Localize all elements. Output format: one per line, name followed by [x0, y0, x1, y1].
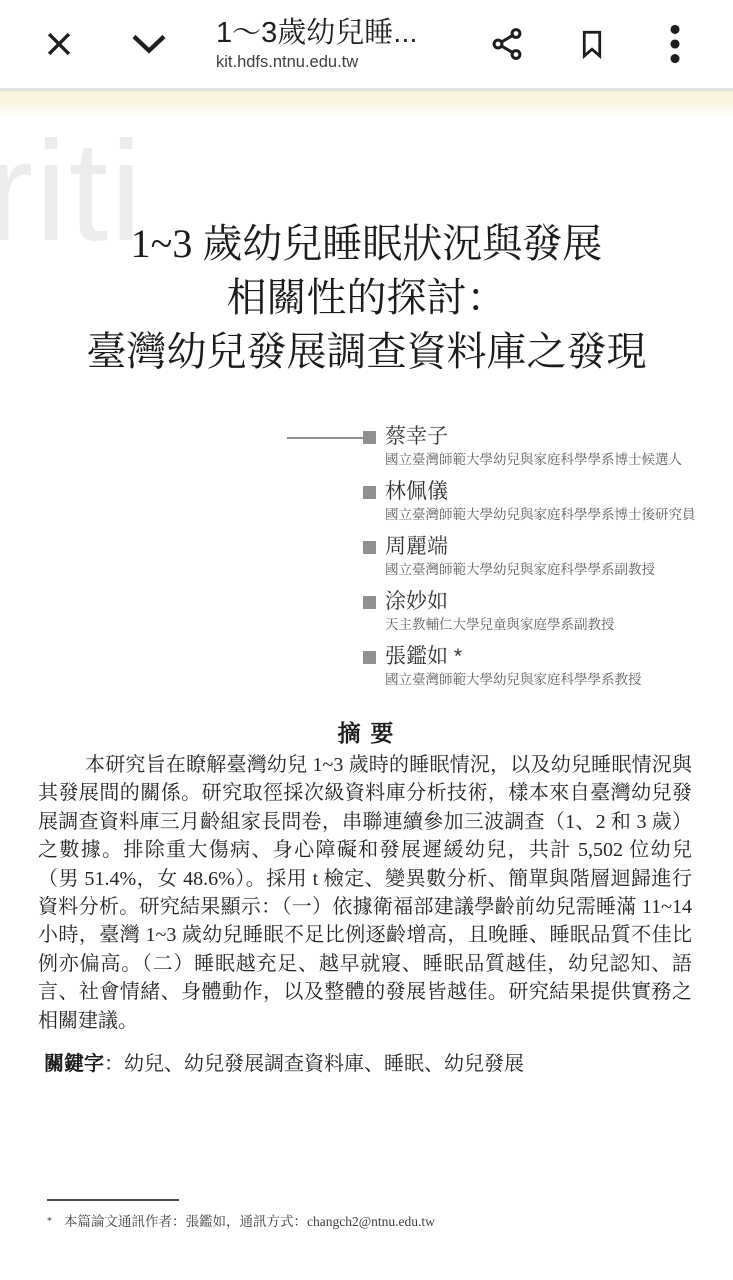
footnote-marker: * — [47, 1216, 52, 1227]
author-name: 周麗端 — [385, 534, 448, 560]
footnote-text: 本篇論文通訊作者：張鑑如，通訊方式：changch2@ntnu.edu.tw — [64, 1214, 435, 1229]
pdf-document-page: riti 1~3 歲幼兒睡眠狀況與發展 相關性的探討： 臺灣幼兒發展調查資料庫之… — [0, 119, 733, 1280]
close-button[interactable] — [38, 23, 80, 65]
author-affiliation: 國立臺灣師範大學幼兒與家庭科學學系博士候選人 — [385, 452, 723, 468]
keywords-text: ：幼兒、幼兒發展調查資料庫、睡眠、幼兒發展 — [104, 1053, 524, 1075]
author-lead-line — [287, 437, 364, 439]
paper-title-line-3: 臺灣幼兒發展調查資料庫之發現 — [0, 325, 733, 379]
author-bullet-icon — [363, 596, 376, 609]
overflow-menu-icon — [669, 24, 681, 64]
author-bullet-icon — [363, 541, 376, 554]
author-affiliation: 國立臺灣師範大學幼兒與家庭科學學系教授 — [385, 672, 723, 688]
paper-title-line-1: 1~3 歲幼兒睡眠狀況與發展 — [0, 217, 733, 271]
bookmark-button[interactable] — [571, 22, 613, 66]
browser-bar: 1～3歲幼兒睡... kit.hdfs.ntnu.edu.tw — [0, 0, 733, 88]
expand-button[interactable] — [126, 23, 172, 65]
page-title-block: 1～3歲幼兒睡... kit.hdfs.ntnu.edu.tw — [216, 16, 428, 73]
author-affiliation: 天主教輔仁大學兒童與家庭學系副教授 — [385, 617, 723, 633]
bookmark-icon — [576, 25, 608, 63]
author-entry: 張鑑如 * 國立臺灣師範大學幼兒與家庭科學學系教授 — [363, 644, 723, 688]
author-entry: 林佩儀 國立臺灣師範大學幼兒與家庭科學學系博士後研究員 — [363, 479, 723, 523]
author-name: 涂妙如 — [385, 589, 448, 615]
author-list: 蔡幸子 國立臺灣師範大學幼兒與家庭科學學系博士候選人 林佩儀 國立臺灣師範大學幼… — [363, 424, 723, 699]
footnote: *本篇論文通訊作者：張鑑如，通訊方式：changch2@ntnu.edu.tw — [47, 1213, 687, 1231]
author-name: 張鑑如 * — [385, 644, 462, 670]
author-name: 蔡幸子 — [385, 424, 448, 450]
close-icon — [42, 27, 76, 61]
keywords-label: 關鍵字 — [44, 1053, 104, 1075]
author-entry: 周麗端 國立臺灣師範大學幼兒與家庭科學學系副教授 — [363, 534, 723, 578]
paper-title: 1~3 歲幼兒睡眠狀況與發展 相關性的探討： 臺灣幼兒發展調查資料庫之發現 — [0, 217, 733, 379]
author-bullet-icon — [363, 431, 376, 444]
author-affiliation: 國立臺灣師範大學幼兒與家庭科學學系博士後研究員 — [385, 507, 723, 523]
author-entry: 蔡幸子 國立臺灣師範大學幼兒與家庭科學學系博士候選人 — [363, 424, 723, 468]
chevron-down-icon — [129, 31, 169, 57]
author-bullet-icon — [363, 486, 376, 499]
paper-title-line-2: 相關性的探討： — [0, 271, 733, 325]
abstract-paragraph: 本研究旨在瞭解臺灣幼兒 1~3 歲時的睡眠情況，以及幼兒睡眠情況與其發展間的關係… — [38, 751, 692, 1035]
abstract-heading: 摘 要 — [0, 715, 733, 748]
footnote-divider — [47, 1199, 179, 1201]
author-bullet-icon — [363, 651, 376, 664]
author-affiliation: 國立臺灣師範大學幼兒與家庭科學學系副教授 — [385, 562, 723, 578]
overflow-menu-button[interactable] — [661, 22, 689, 66]
keywords-line: 關鍵字：幼兒、幼兒發展調查資料庫、睡眠、幼兒發展 — [44, 1047, 694, 1076]
page-title: 1～3歲幼兒睡... — [216, 16, 428, 50]
author-name: 林佩儀 — [385, 479, 448, 505]
share-icon — [489, 25, 525, 63]
author-entry: 涂妙如 天主教輔仁大學兒童與家庭學系副教授 — [363, 589, 723, 633]
page-url: kit.hdfs.ntnu.edu.tw — [216, 51, 428, 73]
share-button[interactable] — [485, 22, 529, 66]
